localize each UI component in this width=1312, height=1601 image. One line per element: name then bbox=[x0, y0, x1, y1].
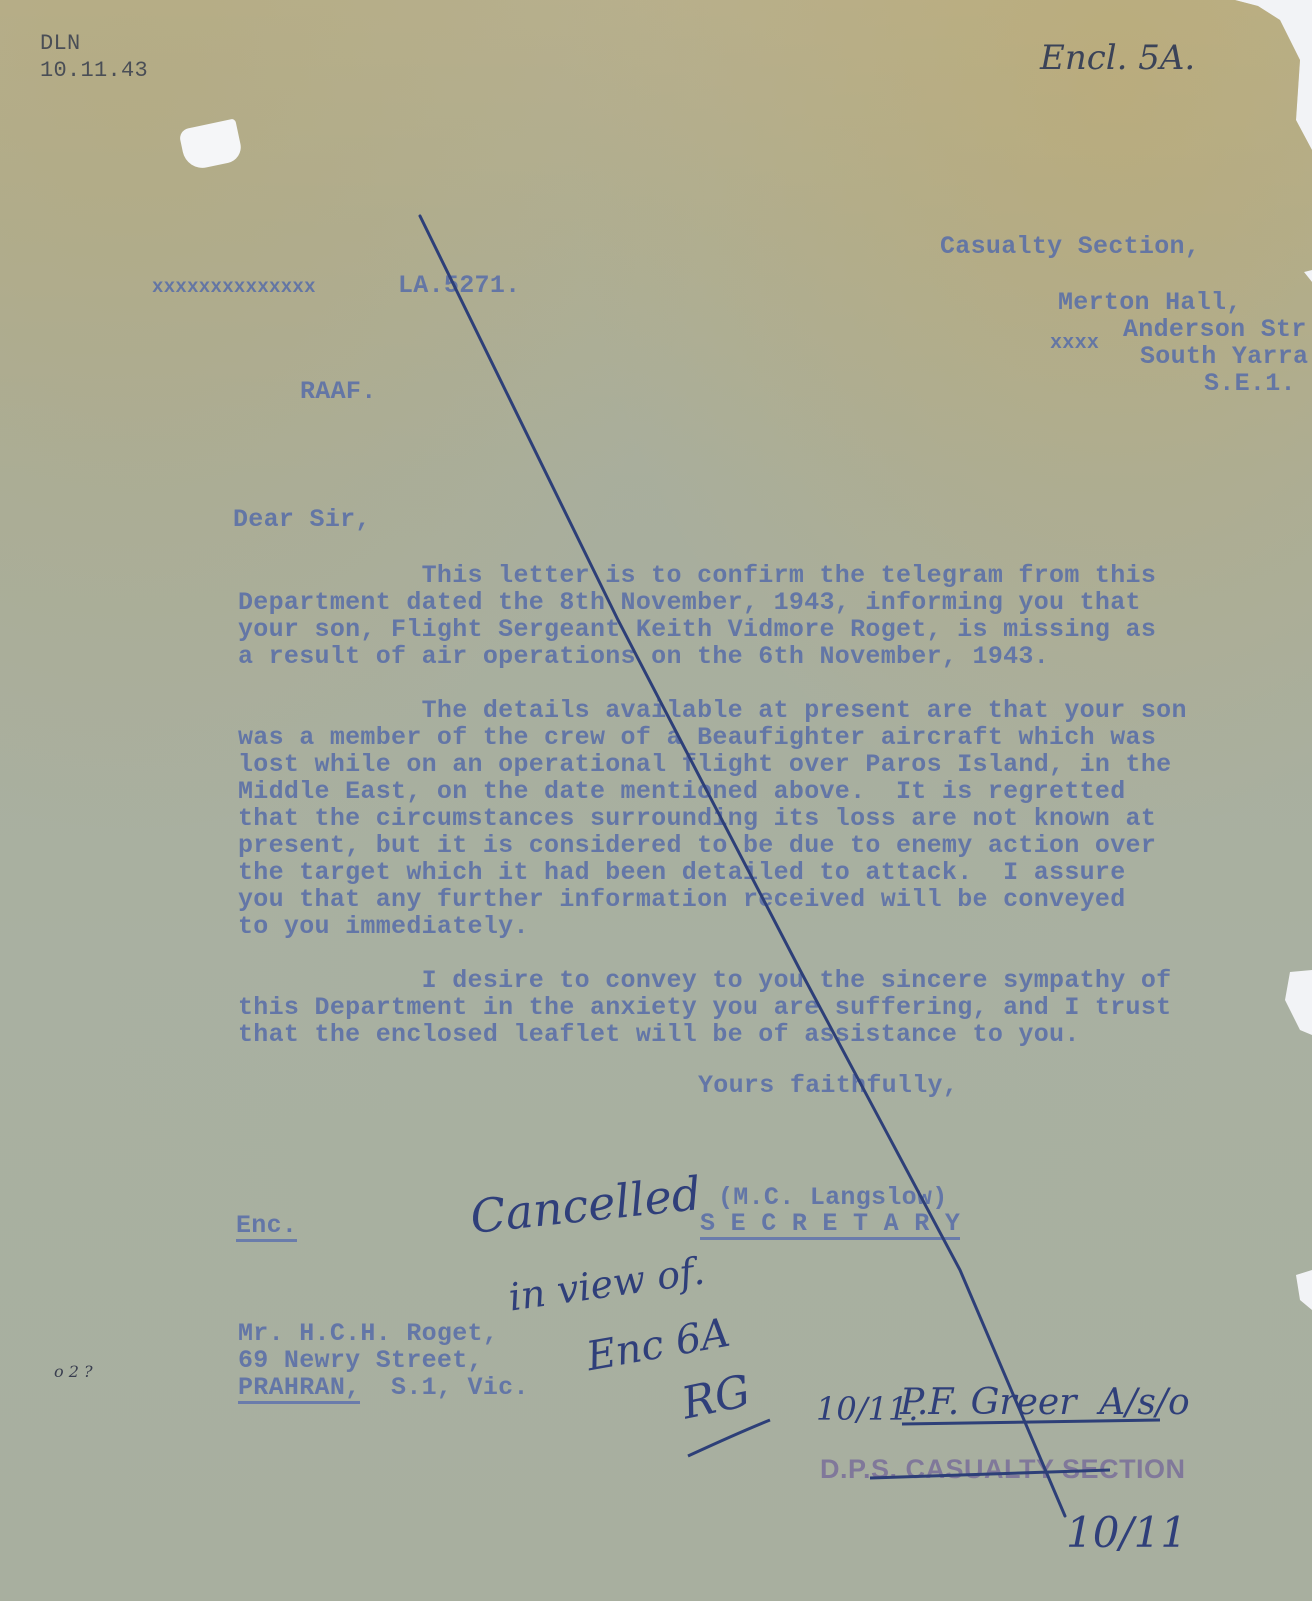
paragraph-line: to you immediately. bbox=[238, 913, 529, 940]
paragraph-line: present, but it is considered to be due … bbox=[238, 832, 1156, 859]
file-code: DLN bbox=[40, 30, 81, 57]
recipient-suburb-rest: S.1, Vic. bbox=[360, 1374, 528, 1401]
paragraph-line: This letter is to confirm the telegram f… bbox=[238, 562, 1156, 589]
paragraph-line: lost while on an operational flight over… bbox=[238, 751, 1171, 778]
recipient-line-2: 69 Newry Street, bbox=[238, 1347, 483, 1374]
paragraph-line: your son, Flight Sergeant Keith Vidmore … bbox=[238, 616, 1156, 643]
reference-struck: xxxxxxxxxxxxxx bbox=[152, 274, 316, 301]
service-name: RAAF. bbox=[300, 378, 377, 405]
paragraph-line: you that any further information receive… bbox=[238, 886, 1126, 913]
salutation: Dear Sir, bbox=[233, 506, 371, 533]
enclosure-label: Enc. bbox=[236, 1212, 297, 1242]
sender-address-2: Anderson Str bbox=[1123, 316, 1307, 343]
paragraph-line: that the circumstances surrounding its l… bbox=[238, 805, 1156, 832]
sender-section: Casualty Section, bbox=[940, 233, 1200, 260]
stamp-date: 10/11 bbox=[1066, 1508, 1187, 1557]
paragraph-line: that the enclosed leaflet will be of ass… bbox=[238, 1021, 1080, 1048]
paragraph-line: Middle East, on the date mentioned above… bbox=[238, 778, 1126, 805]
sender-address-3: South Yarra bbox=[1140, 343, 1308, 370]
sender-address-4: S.E.1. bbox=[1204, 370, 1296, 397]
paragraph-line: Department dated the 8th November, 1943,… bbox=[238, 589, 1141, 616]
dps-stamp: D.P.S. CASUALTY SECTION bbox=[820, 1454, 1186, 1485]
struck-signature: P.F. Greer A/s/o bbox=[900, 1382, 1190, 1423]
signatory-name: (M.C. Langslow) bbox=[718, 1184, 948, 1211]
paragraph-line: was a member of the crew of a Beaufighte… bbox=[238, 724, 1156, 751]
paragraph-line: a result of air operations on the 6th No… bbox=[238, 643, 1049, 670]
recipient-line-3: PRAHRAN, S.1, Vic. bbox=[238, 1374, 529, 1404]
sender-address-1: Merton Hall, bbox=[1058, 289, 1242, 316]
paragraph-line: I desire to convey to you the sincere sy… bbox=[238, 967, 1171, 994]
paragraph-line: this Department in the anxiety you are s… bbox=[238, 994, 1171, 1021]
file-date: 10.11.43 bbox=[40, 57, 148, 84]
enclosure-note: Encl. 5A. bbox=[1040, 38, 1195, 78]
paragraph-line: The details available at present are tha… bbox=[238, 697, 1187, 724]
recipient-line-1: Mr. H.C.H. Roget, bbox=[238, 1320, 498, 1347]
margin-mark: o 2 ? bbox=[54, 1362, 93, 1381]
signatory-title: S E C R E T A R Y bbox=[700, 1210, 960, 1240]
reference-number: LA.5271. bbox=[398, 272, 520, 299]
paragraph-line: the target which it had been detailed to… bbox=[238, 859, 1126, 886]
sender-struck-prefix: xxxx bbox=[1050, 330, 1099, 357]
closing: Yours faithfully, bbox=[698, 1072, 958, 1099]
recipient-suburb: PRAHRAN, bbox=[238, 1374, 360, 1404]
